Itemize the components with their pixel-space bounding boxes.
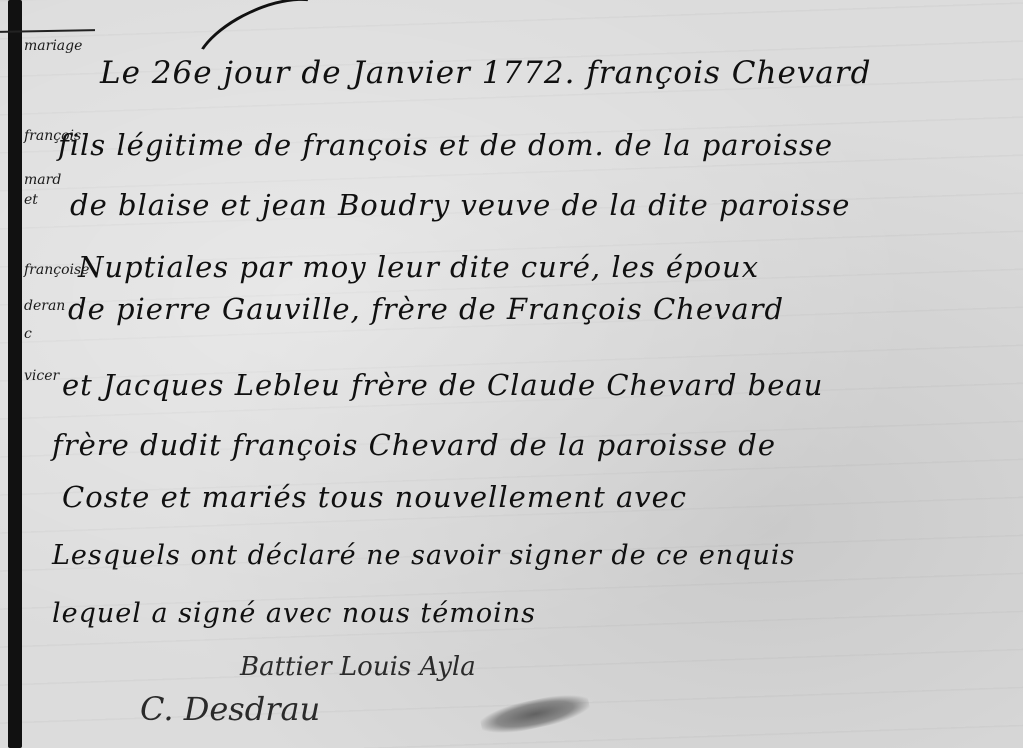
margin-note: mariage [24, 38, 82, 54]
entry-line: de blaise et jean Boudry veuve de la dit… [70, 188, 850, 222]
entry-line: lequel a signé avec nous témoins [52, 598, 536, 629]
entry-line: de pierre Gauville, frère de François Ch… [68, 292, 784, 326]
signature-curate: C. Desdrau [140, 690, 320, 728]
margin-note: vicer [24, 368, 59, 384]
entry-line: Lesquels ont déclaré ne savoir signer de… [52, 540, 795, 571]
ink-smudge [478, 689, 591, 739]
entry-line: fils légitime de françois et de dom. de … [58, 128, 833, 162]
margin-note: mard [24, 172, 61, 188]
register-page: mariage françois mard et françoise deran… [0, 0, 1023, 748]
page-binding-edge [8, 0, 22, 748]
top-margin-rule [0, 29, 95, 33]
entry-line: et Jacques Lebleu frère de Claude Chevar… [62, 368, 823, 402]
margin-note: deran [24, 298, 65, 314]
signature-witnesses: Battier Louis Ayla [240, 652, 476, 682]
margin-note: c [24, 326, 32, 342]
entry-line: Coste et mariés tous nouvellement avec [62, 480, 687, 514]
entry-line: Nuptiales par moy leur dite curé, les ép… [78, 250, 759, 284]
entry-line: frère dudit françois Chevard de la paroi… [52, 428, 776, 462]
margin-note: et [24, 192, 38, 208]
pen-flourish [60, 0, 106, 26]
